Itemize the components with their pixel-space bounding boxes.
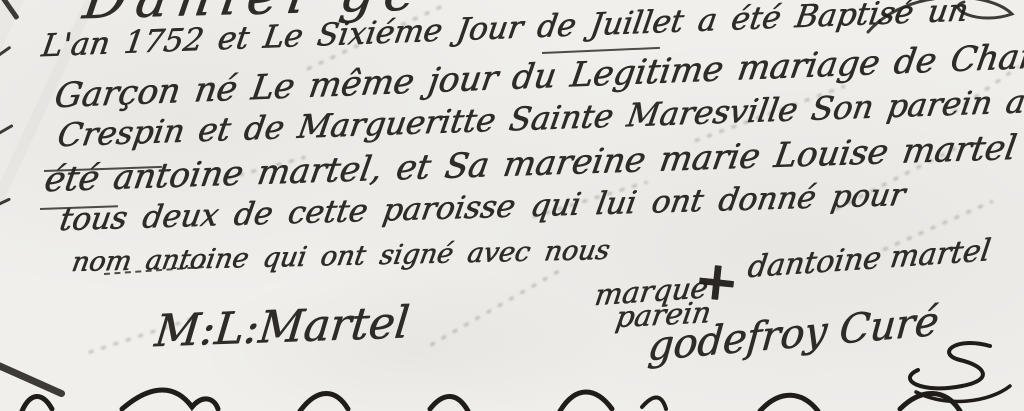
document-scan: Daniel ge L'an 1752 et Le Sixiéme Jour d… [0,0,1024,411]
edge-ink-mark [0,124,14,135]
top-right-flourish [860,0,1020,40]
edge-ink-mark [0,197,11,205]
signature-martel: M:L:Martel [152,297,411,357]
edge-ink-mark [0,46,11,58]
show-through-mark [430,266,566,346]
edge-ink-mark [0,0,20,20]
mark-attribution: dantoine martel [746,233,993,285]
partial-next-line-strokes [0,385,1024,411]
